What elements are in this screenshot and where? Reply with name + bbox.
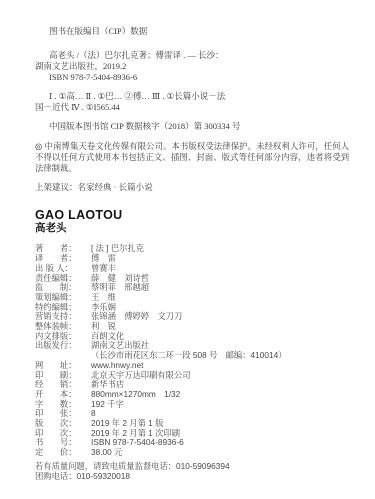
- colophon-list: 著 者：[ 法 ] 巴尔扎克译 者：傅 雷出 版 人：曾赛丰责任编辑：薛 健 刘…: [35, 244, 349, 457]
- colophon-value: 傅 雷: [91, 253, 116, 263]
- colophon-row: 营销支持：张锦涵 傅婷婷 文刀刀: [35, 312, 349, 322]
- colophon-value: 李乐娴: [91, 302, 116, 312]
- cip-classification-line1: Ⅰ . ①高… Ⅱ . ①巴… ②傅… Ⅲ . ①长篇小说－法: [35, 91, 349, 102]
- colophon-label: 定 价：: [35, 448, 91, 458]
- colophon-row: 经 销：新华书店: [35, 380, 349, 390]
- colophon-row: 定 价：38.00 元: [35, 448, 349, 458]
- colophon-row: 著 者：[ 法 ] 巴尔扎克: [35, 244, 349, 254]
- colophon-value: 蔡明菲 邢越超: [91, 282, 149, 292]
- cip-heading: 图书在版编目（CIP）数据: [35, 26, 349, 37]
- cip-classification-line2: 国－近代 Ⅳ . ①I565.44: [35, 102, 349, 113]
- cip-record-number: 中国版本图书馆 CIP 数据核字（2018）第 300334 号: [35, 121, 349, 132]
- colophon-value: www.hnwy.net: [91, 360, 143, 370]
- colophon-value: 张锦涵 傅婷婷 文刀刀: [91, 311, 182, 321]
- colophon-row: 译 者：傅 雷: [35, 254, 349, 264]
- colophon-value: 百朗文化: [91, 331, 124, 341]
- quality-hotline: 若有质量问题，请致电质量监督电话：010-59096394: [35, 461, 349, 472]
- colophon-value: 利 锐: [91, 321, 116, 331]
- colophon-value: 8: [91, 408, 96, 418]
- colophon-row: 印 次：2019 年 2 月第 1 次印刷: [35, 429, 349, 439]
- colophon-value: 2019 年 2 月第 1 次印刷: [91, 428, 180, 438]
- colophon-value: 880mm×1270mm 1/32: [91, 389, 180, 399]
- colophon-row: 出 版 人：曾赛丰: [35, 264, 349, 274]
- colophon-value: 192 千字: [91, 399, 124, 409]
- cip-data-block: 图书在版编目（CIP）数据 高老头 /（法）巴尔扎克著；傅雷译 . — 长沙： …: [35, 26, 349, 132]
- colophon-row: 策划编辑：王 维: [35, 293, 349, 303]
- colophon-value: 薛 健 刘诗哲: [91, 273, 149, 283]
- shelving-advice: 上架建议：名家经典 · 长篇小说: [35, 182, 349, 193]
- colophon-value: [ 法 ] 巴尔扎克: [91, 243, 144, 253]
- colophon-value: 北京天宇万达印刷有限公司: [91, 370, 191, 380]
- colophon-value: 2019 年 2 月第 1 版: [91, 418, 163, 428]
- colophon-value: 湖南文艺出版社: [91, 340, 149, 350]
- colophon-value: 38.00 元: [91, 447, 122, 457]
- book-title-chinese: 高老头: [35, 222, 349, 235]
- colophon-value: 新华书店: [91, 379, 124, 389]
- colophon-row: 字 数：192 千字: [35, 400, 349, 410]
- book-title-pinyin: GAO LAOTOU: [35, 209, 349, 222]
- colophon-row: 内文排版：百朗文化: [35, 332, 349, 342]
- colophon-row: 网 址：www.hnwy.net: [35, 361, 349, 371]
- colophon-value: ISBN 978-7-5404-8936-6: [91, 437, 184, 447]
- copyright-page: 图书在版编目（CIP）数据 高老头 /（法）巴尔扎克著；傅雷译 . — 长沙： …: [0, 0, 375, 499]
- group-buy-hotline: 团购电话：010-59320018: [35, 471, 349, 482]
- colophon-row: 开 本：880mm×1270mm 1/32: [35, 390, 349, 400]
- colophon-row: 责任编辑：薛 健 刘诗哲: [35, 274, 349, 284]
- colophon-row: （长沙市雨花区东二环一段 508 号 邮编：410014）: [35, 351, 349, 361]
- colophon-label: 出版发行：: [35, 341, 91, 351]
- colophon-value: 曾赛丰: [91, 263, 116, 273]
- colophon-row: 监 制：蔡明菲 邢越超: [35, 283, 349, 293]
- footer-notes: 若有质量问题，请致电质量监督电话：010-59096394 团购电话：010-5…: [35, 461, 349, 482]
- cip-entry-line2: 湖南文艺出版社，2019.2: [35, 61, 349, 72]
- colophon-row: 特约编辑：李乐娴: [35, 303, 349, 313]
- title-block: GAO LAOTOU 高老头: [35, 209, 349, 235]
- copyright-notice: ◎ 中南博集天卷文化传媒有限公司。本书版权受法律保护。未经权利人许可，任何人不得…: [35, 142, 349, 174]
- colophon-value: 王 维: [91, 292, 116, 302]
- colophon-row: 印 刷：北京天宇万达印刷有限公司: [35, 371, 349, 381]
- colophon-row: 版 次：2019 年 2 月第 1 版: [35, 419, 349, 429]
- colophon-row: 整体装帧：利 锐: [35, 322, 349, 332]
- cip-entry-line1: 高老头 /（法）巴尔扎克著；傅雷译 . — 长沙：: [35, 50, 349, 61]
- colophon-value: （长沙市雨花区东二环一段 508 号 邮编：410014）: [91, 350, 287, 360]
- colophon-row: 印 张：8: [35, 409, 349, 419]
- cip-isbn: ISBN 978-7-5404-8936-6: [35, 72, 349, 83]
- colophon-row: 书 号：ISBN 978-7-5404-8936-6: [35, 438, 349, 448]
